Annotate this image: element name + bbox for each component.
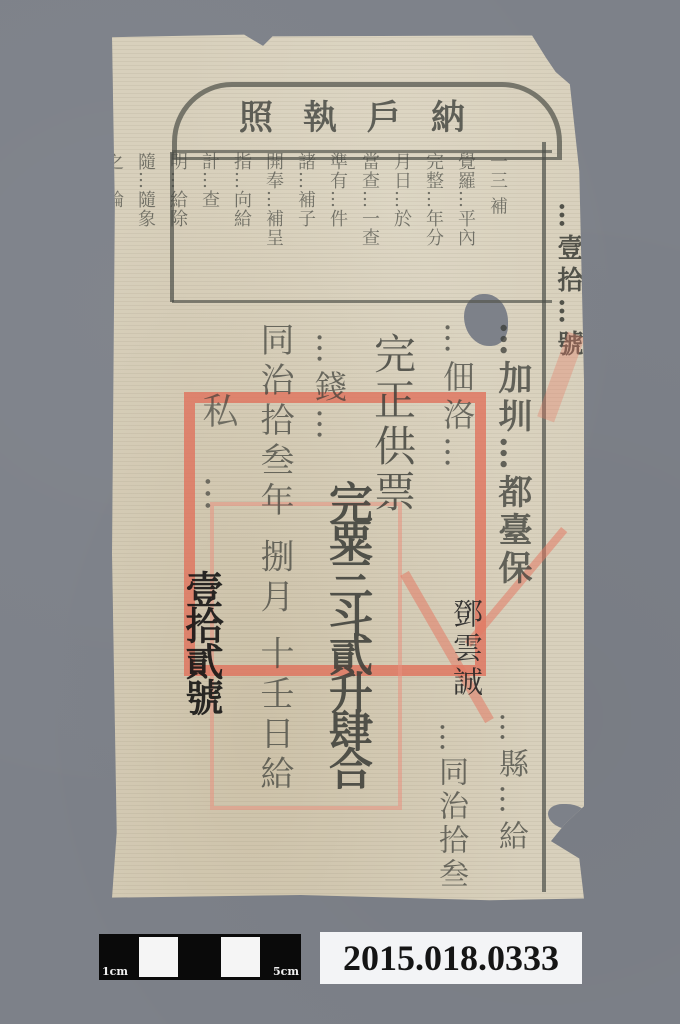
header-col: 明…給除 (162, 152, 192, 302)
header-text-block: 一三 補 覺羅…平內 完整…年分 月日…於 當查…一查 準有…件 諸…補子 開奉… (182, 152, 512, 302)
header-col: 計…查 (194, 152, 224, 302)
header-col: 指…向給 (226, 152, 256, 302)
header-col: 一三 補 (482, 152, 512, 302)
header-col: 準有…件 (322, 152, 352, 302)
document-title: 納戶執照 (172, 90, 562, 139)
district-column: …加圳…都臺保 (488, 322, 537, 588)
payer-column: …佃洛… (434, 322, 480, 474)
handwritten-name: 鄧雲誠 (442, 598, 486, 700)
header-col: 月日…於 (386, 152, 416, 302)
bottom-right-column-b: …縣…給 (488, 712, 532, 856)
header-col: 隨…隨象 (130, 152, 160, 302)
left-note-column: 私 … (192, 392, 243, 529)
header-col: 覺羅…平內 (450, 152, 480, 302)
scale-white-segment (221, 937, 260, 977)
bottom-right-column-a: …同治拾叁 (428, 722, 472, 892)
header-col: 完整…年分 (418, 152, 448, 302)
header-col: 當查…一查 (354, 152, 384, 302)
right-frame-rule (542, 142, 546, 892)
scale-bar: 1cm 5cm (99, 934, 301, 980)
scale-start-label: 1cm (102, 965, 128, 978)
catalog-number-label: 2015.018.0333 (320, 932, 582, 984)
amount-small-column: …錢… (306, 332, 352, 446)
date-column: 同治拾叁年 捌月 十壬日給 (250, 322, 299, 796)
tax-receipt-document: 納戶執照 一三 補 覺羅…平內 完整…年分 月日…於 當查…一查 準有…件 諸…… (112, 32, 584, 902)
bottom-left-number: 壹拾貳號 (174, 570, 229, 714)
header-col: 諸…補子 (290, 152, 320, 302)
header-col: 開奉…補呈 (258, 152, 288, 302)
scale-white-segment (139, 937, 178, 977)
scale-end-label: 5cm (273, 965, 299, 978)
amount-column: 完粟三斗貳升肆合 (314, 480, 378, 784)
